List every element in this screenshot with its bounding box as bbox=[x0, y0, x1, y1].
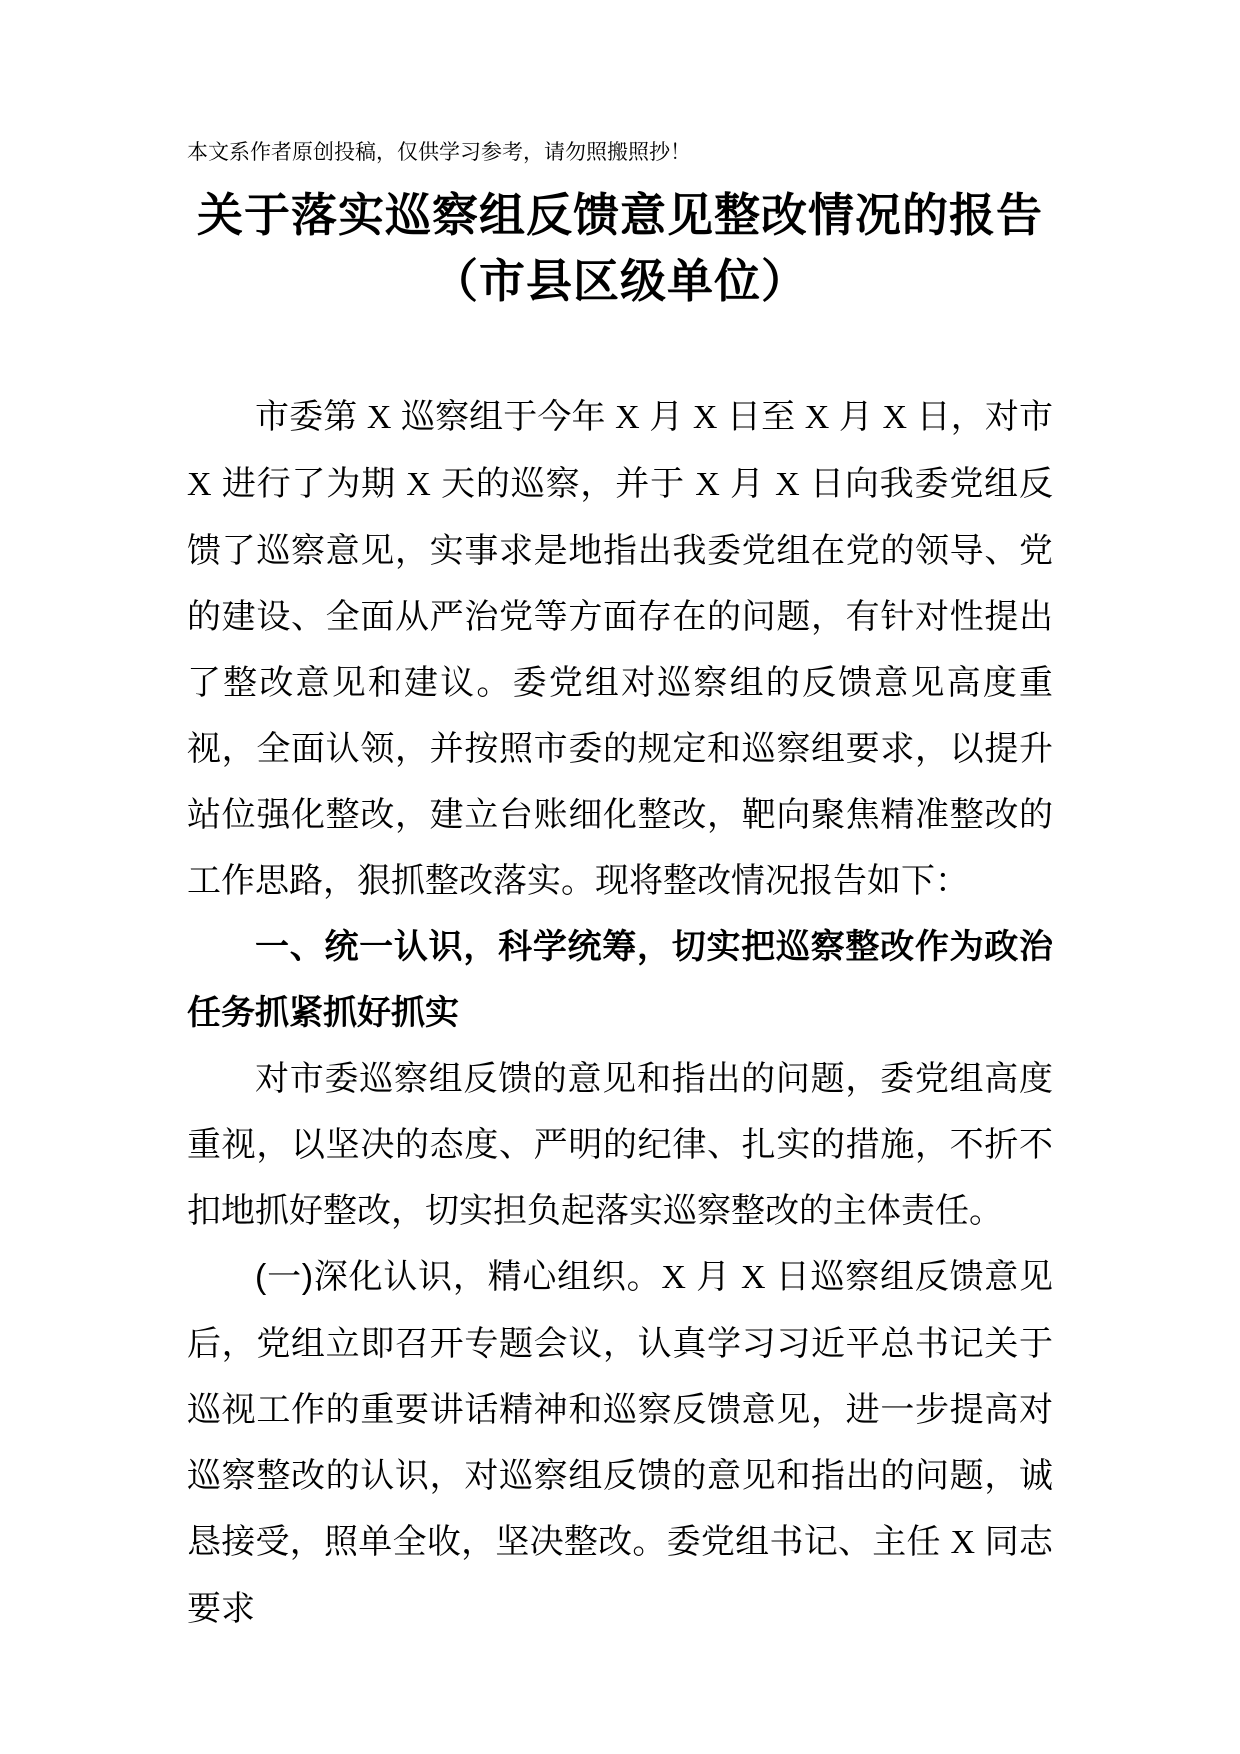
document-page: 本文系作者原创投稿，仅供学习参考，请勿照搬照抄！ 关于落实巡察组反馈意见整改情况… bbox=[0, 0, 1240, 1754]
paragraph: (一)深化认识，精心组织。X 月 X 日巡察组反馈意见后，党组立即召开专题会议，… bbox=[187, 1244, 1053, 1642]
document-body: 市委第 X 巡察组于今年 X 月 X 日至 X 月 X 日，对市 X 进行了为期… bbox=[187, 384, 1053, 1642]
paragraph: 对市委巡察组反馈的意见和指出的问题，委党组高度重视，以坚决的态度、严明的纪律、扎… bbox=[187, 1046, 1053, 1244]
document-title: 关于落实巡察组反馈意见整改情况的报告 bbox=[187, 182, 1053, 248]
document-subtitle: （市县区级单位） bbox=[187, 248, 1053, 314]
author-notice: 本文系作者原创投稿，仅供学习参考，请勿照搬照抄！ bbox=[187, 138, 1053, 168]
section-heading: 一、统一认识，科学统筹，切实把巡察整改作为政治任务抓紧抓好抓实 bbox=[187, 914, 1053, 1046]
document-title-block: 关于落实巡察组反馈意见整改情况的报告 （市县区级单位） bbox=[187, 182, 1053, 314]
paragraph: 市委第 X 巡察组于今年 X 月 X 日至 X 月 X 日，对市 X 进行了为期… bbox=[187, 384, 1053, 914]
